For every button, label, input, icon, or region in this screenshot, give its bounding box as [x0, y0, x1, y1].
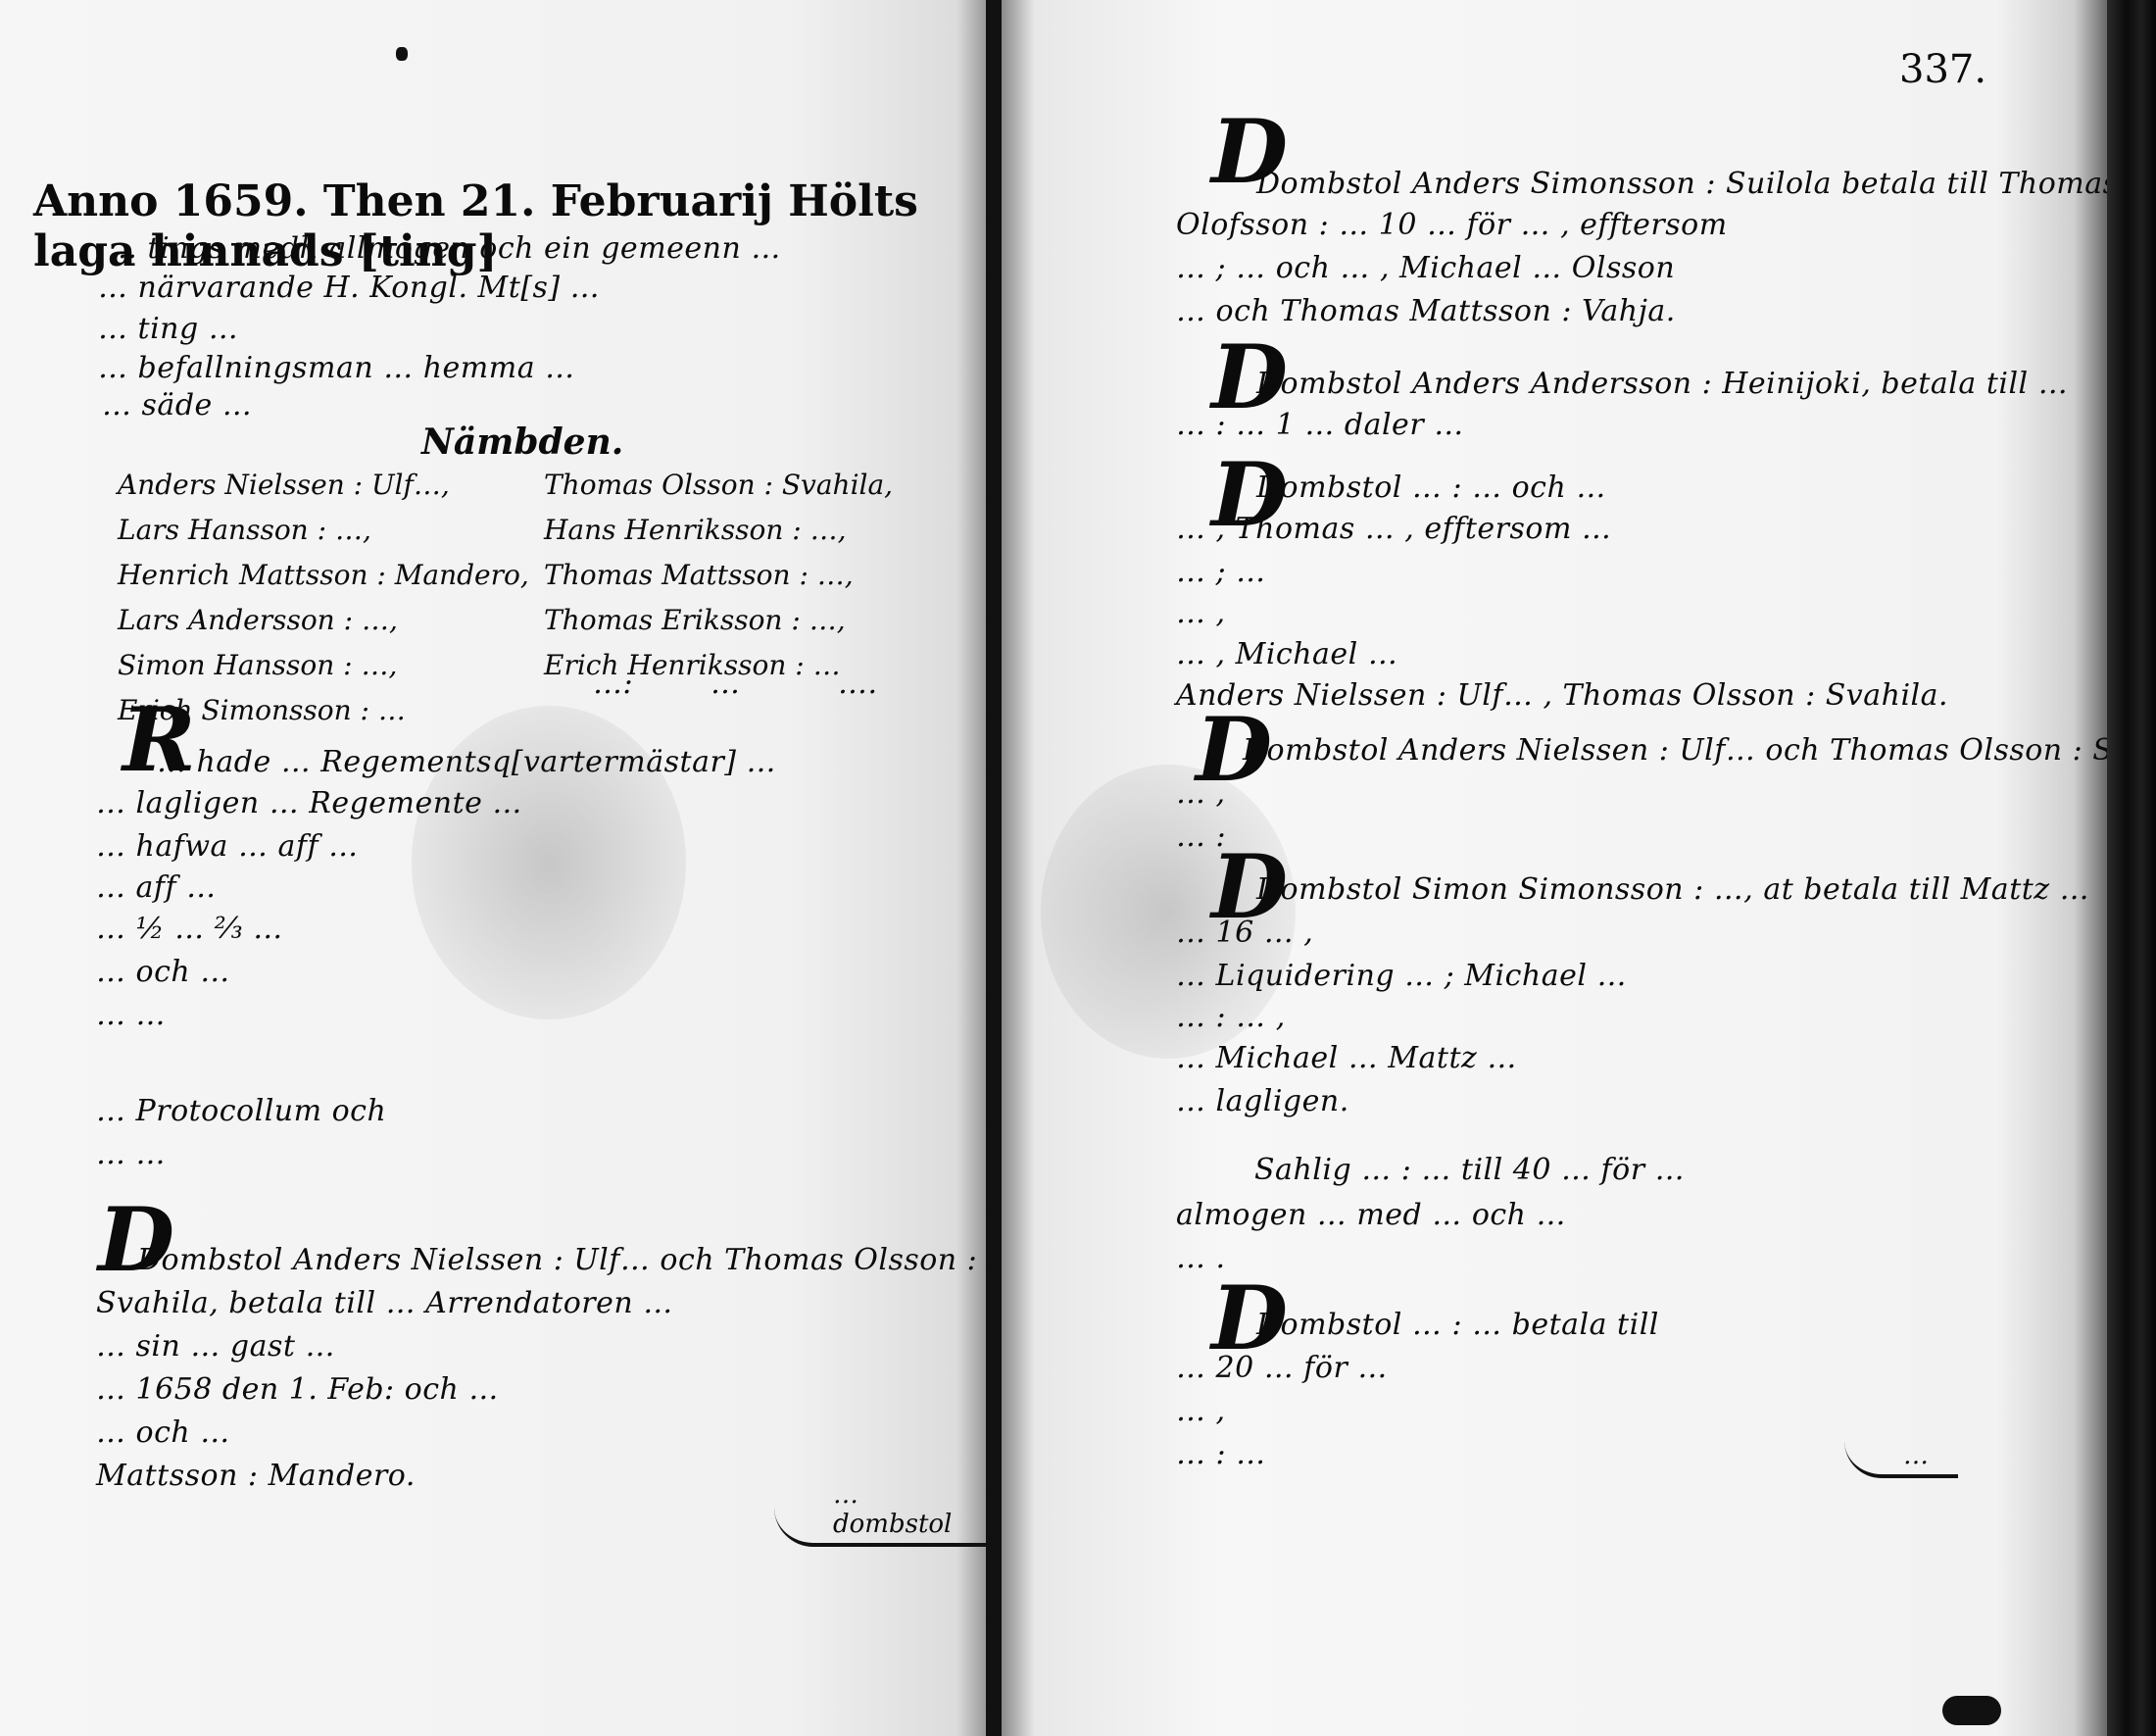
paragraph-line: Dombstol … : … och … — [1256, 471, 1606, 505]
paragraph-line: Dombstol Anders Nielssen : Ulf… och Thom… — [1243, 733, 2107, 768]
juror-name: Thomas Eriksson : …, — [544, 598, 893, 643]
book-gutter — [986, 0, 1002, 1736]
paragraph-line: … 20 … för … — [1176, 1351, 1388, 1385]
paragraph-line: Olofsson : … 10 … för … , efftersom — [1176, 208, 1728, 242]
paragraph-line: … 16 … , — [1176, 916, 1313, 950]
paragraph-line: Dombstol … : … betala till — [1256, 1308, 1659, 1342]
juror-name: Hans Henriksson : …, — [544, 508, 893, 553]
paragraph-line: … : … 1 … daler … — [1176, 408, 1464, 442]
paragraph-line: Svahila, betala till … Arrendatoren … — [96, 1286, 673, 1320]
juror-name: Lars Andersson : …, — [118, 598, 529, 643]
section-subheading: Nämbden. — [421, 422, 623, 463]
juror-name: Simon Hansson : …, — [118, 643, 529, 688]
paragraph-line: Dombstol Simon Simonsson : …, at betala … — [1256, 872, 2089, 907]
paragraph-line: Dombstol Anders Andersson : Heinijoki, b… — [1256, 367, 2068, 401]
paragraph-line: Sahlig … : … till 40 … för … — [1254, 1153, 1685, 1187]
paragraph-line: … ; … och … , Michael … Olsson — [1176, 251, 1675, 285]
paragraph-line: Dombstol Anders Nielssen : Ulf… och Thom… — [137, 1243, 977, 1277]
intro-line: … befallningsman … hemma … — [98, 351, 575, 385]
paragraph-line: … : … — [1176, 1437, 1266, 1471]
juror-name: Henrich Mattsson : Mandero, — [118, 553, 529, 598]
juror-name: Anders Nielssen : Ulf…, — [118, 463, 529, 508]
paragraph-line: … och Thomas Mattsson : Vahja. — [1176, 294, 1676, 328]
paragraph-line: … och … — [96, 1415, 230, 1450]
folio-number: 337. — [1899, 47, 1986, 92]
paragraph-line: … hafwa … aff … — [96, 829, 359, 864]
right-page: 337. D Dombstol Anders Simonsson : Suilo… — [1002, 0, 2107, 1736]
page-corner-mark — [1942, 1696, 2001, 1725]
paragraph-line: … ½ … ⅔ … — [96, 912, 283, 946]
paragraph-line: … ; … — [1176, 555, 1266, 589]
intro-line: … närvarande H. Kongl. Mt[s] … — [98, 271, 600, 305]
jurors-list-right: Thomas Olsson : Svahila, Hans Henriksson… — [544, 463, 893, 688]
juror-name: Thomas Olsson : Svahila, — [544, 463, 893, 508]
manuscript-spread: Anno 1659. Then 21. Februarij Hölts laga… — [0, 0, 2156, 1736]
paragraph-line: … , — [1176, 776, 1226, 811]
paragraph-line: … , Thomas … , efftersom … — [1176, 512, 1611, 546]
signature: … dombstol — [774, 1480, 986, 1547]
paragraph-line: … och … — [96, 955, 230, 989]
paragraph-line: … : … , — [1176, 1000, 1286, 1034]
juror-name: Thomas Mattsson : …, — [544, 553, 893, 598]
paragraph-line: almogen … med … och … — [1176, 1198, 1566, 1232]
juror-tally: … — [710, 667, 741, 701]
book-edge — [2107, 0, 2156, 1736]
paragraph-line: … , Michael … — [1176, 637, 1397, 671]
intro-line: … ting … — [98, 312, 238, 346]
paragraph-line: … , — [1176, 596, 1226, 630]
left-page: Anno 1659. Then 21. Februarij Hölts laga… — [0, 0, 986, 1736]
paragraph-line: Mattsson : Mandero. — [96, 1459, 416, 1493]
paragraph-line: … Liquidering … ; Michael … — [1176, 959, 1627, 993]
paragraph-line: … Protocollum och — [96, 1094, 386, 1128]
intro-line: … tings medh allmogen och ein gemeenn … — [108, 231, 781, 266]
paragraph-line: … Michael … Mattz … — [1176, 1041, 1517, 1075]
signature: … — [1844, 1441, 1958, 1478]
paragraph-line: … … — [96, 1137, 166, 1171]
juror-tally: …. — [838, 667, 878, 701]
paragraph-line: … , — [1176, 1394, 1226, 1428]
paragraph-line: … lagligen … Regemente … — [96, 786, 522, 820]
paragraph-line: Dombstol Anders Simonsson : Suilola beta… — [1256, 167, 2107, 201]
juror-tally: …: — [593, 667, 633, 701]
paragraph-line: … hade … Regementsq[vartermästar] … — [157, 745, 776, 779]
paragraph-line: Anders Nielssen : Ulf… , Thomas Olsson :… — [1176, 678, 1948, 713]
intro-line: … säde … — [102, 388, 252, 422]
ink-blot — [396, 47, 408, 61]
paragraph-line: … 1658 den 1. Feb: och … — [96, 1372, 499, 1407]
paragraph-line: … lagligen. — [1176, 1084, 1349, 1118]
paragraph-line: … aff … — [96, 870, 217, 905]
juror-name: Lars Hansson : …, — [118, 508, 529, 553]
paragraph-line: … … — [96, 998, 166, 1032]
paragraph-line: … sin … gast … — [96, 1329, 335, 1364]
